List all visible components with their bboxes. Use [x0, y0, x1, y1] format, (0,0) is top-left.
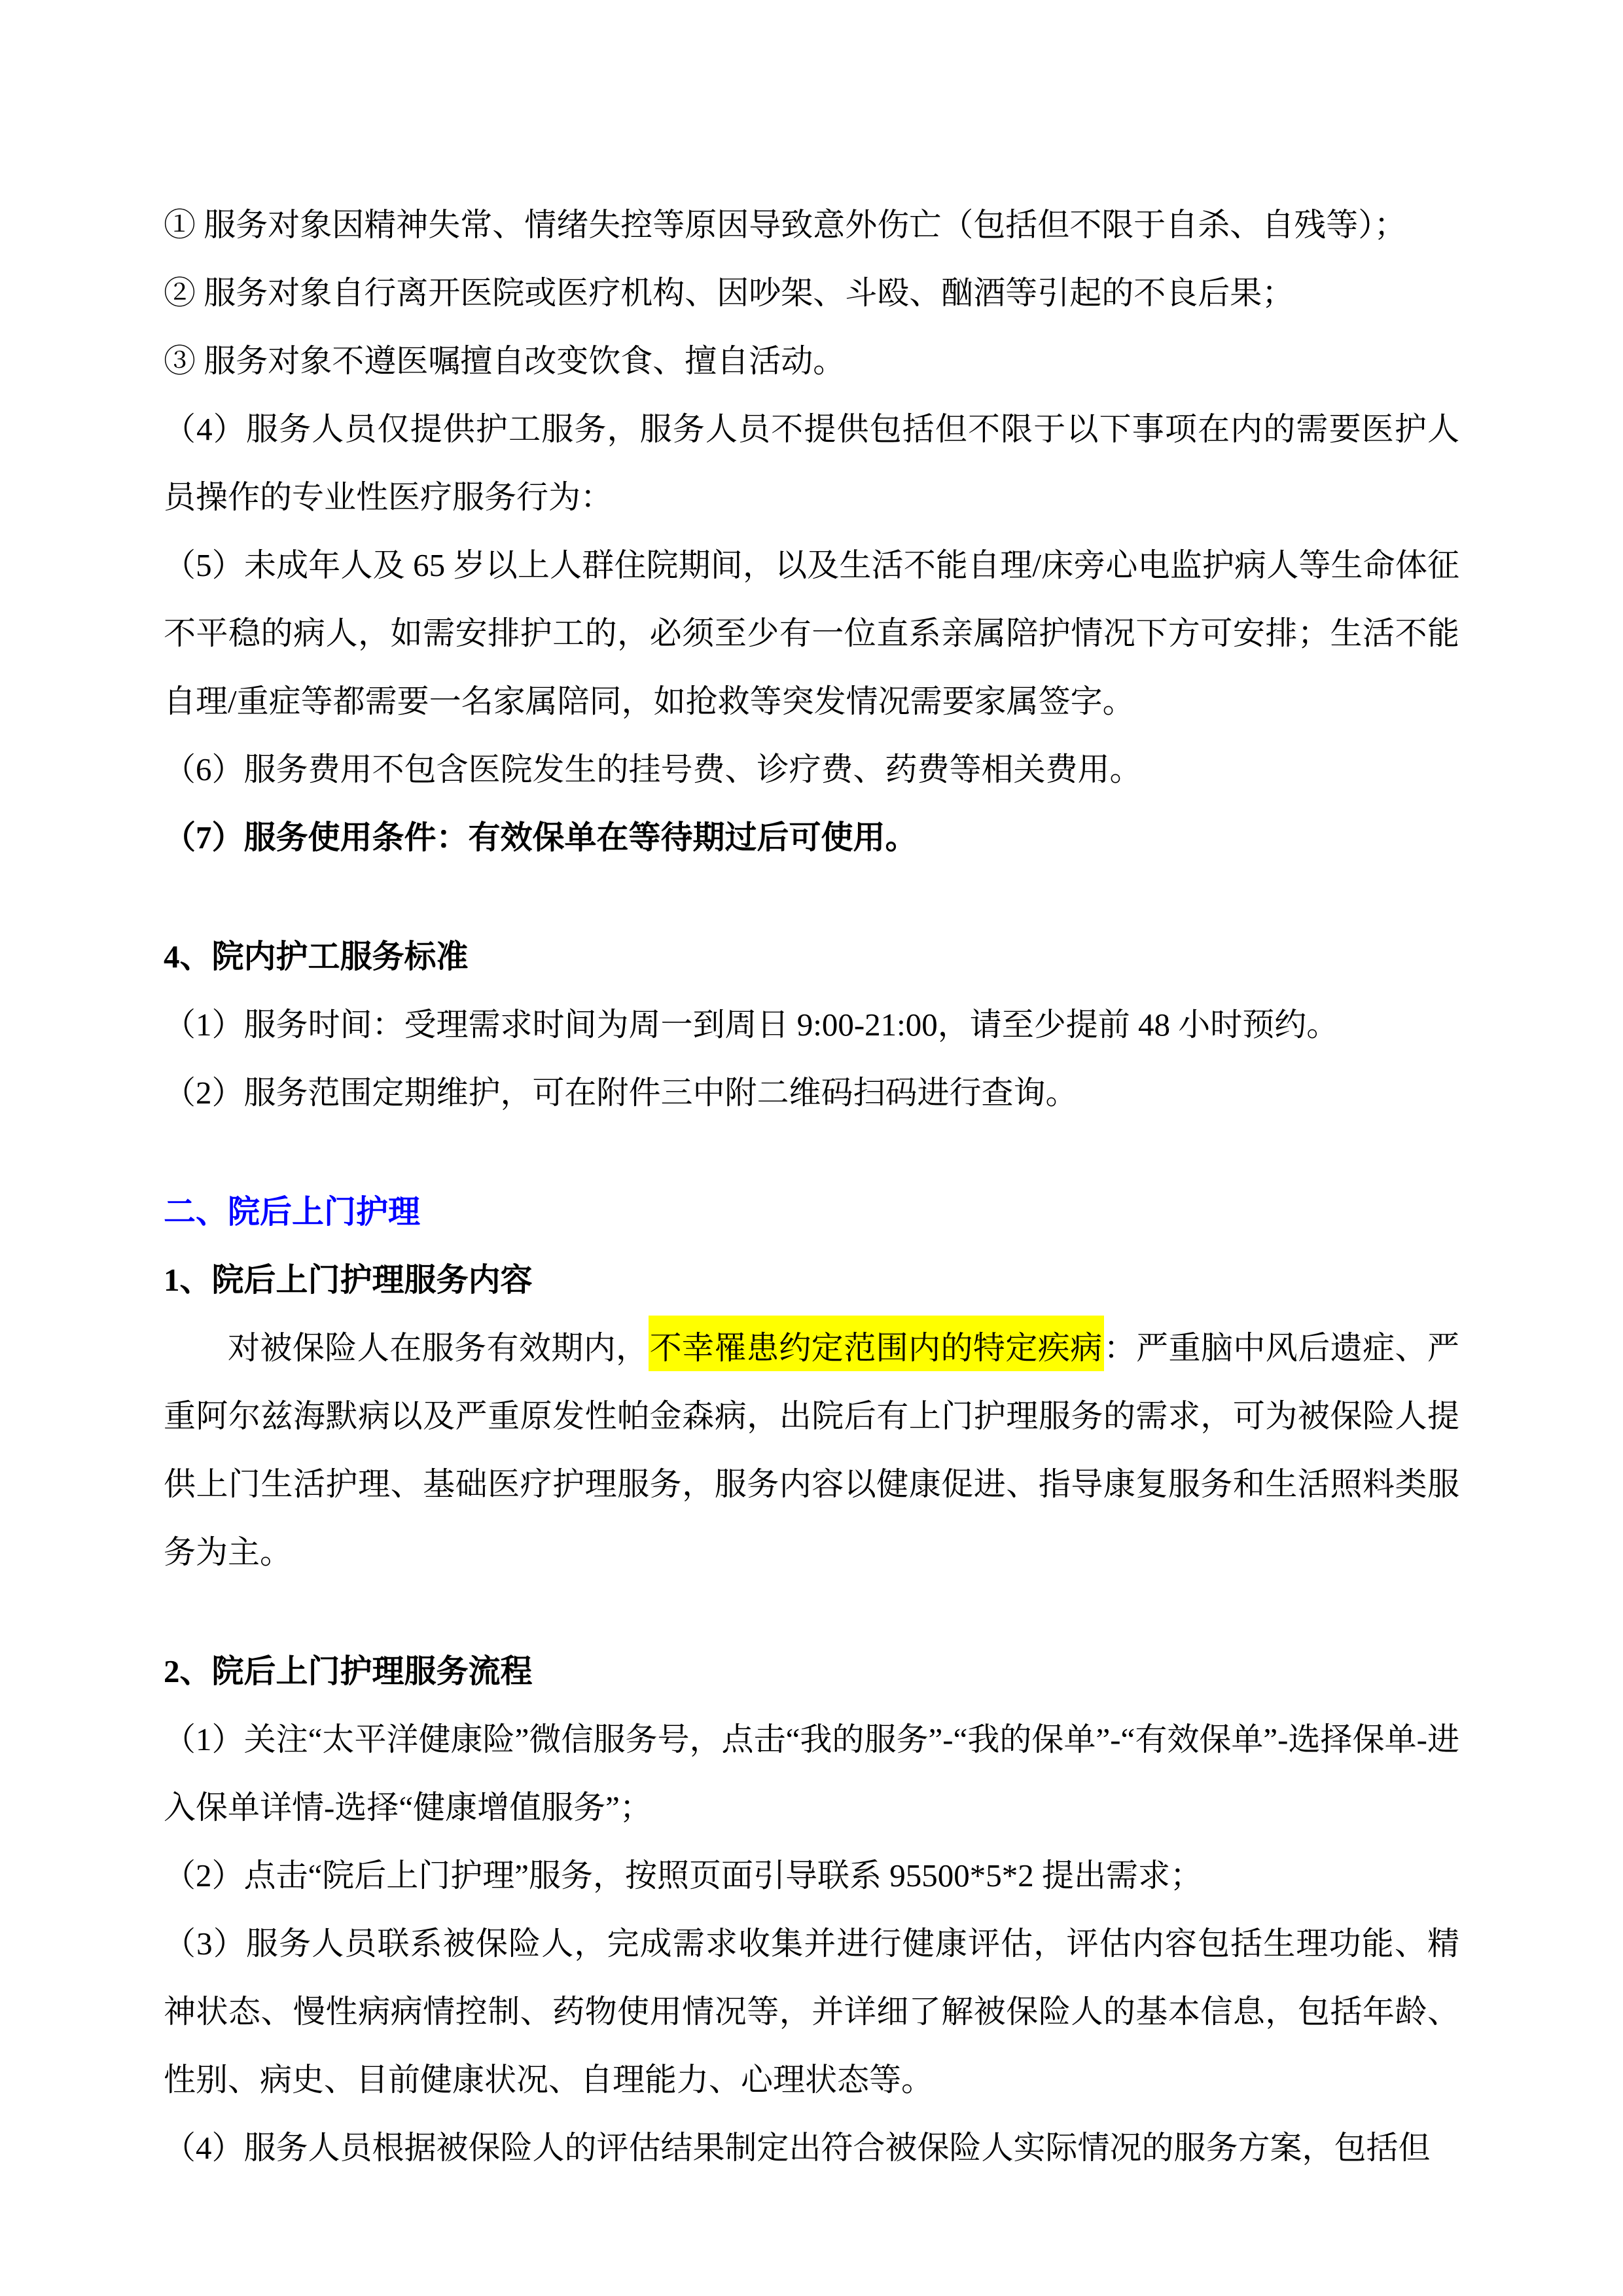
clause-circle-3-doctor-orders: ③ 服务对象不遵医嘱擅自改变饮食、擅自活动。 [164, 327, 1459, 395]
section4-heading-inpatient-care-standard: 4、院内护工服务标准 [164, 923, 1459, 991]
flow-step3-health-assessment: （3）服务人员联系被保险人，完成需求收集并进行健康评估，评估内容包括生理功能、精… [164, 1910, 1459, 2114]
document-page: ① 服务对象因精神失常、情绪失控等原因导致意外伤亡（包括但不限于自杀、自残等）；… [0, 0, 1623, 2296]
section4-item1-service-time: （1）服务时间：受理需求时间为周一到周日 9:00-21:00，请至少提前 48… [164, 991, 1459, 1059]
clause-circle-2-leaving-hospital: ② 服务对象自行离开医院或医疗机构、因吵架、斗殴、酗酒等引起的不良后果； [164, 259, 1459, 327]
clause-7-usage-condition: （7）服务使用条件：有效保单在等待期过后可使用。 [164, 804, 1459, 872]
service-content-lead-text: 对被保险人在服务有效期内， [228, 1330, 649, 1366]
flow-step4-service-plan: （4）服务人员根据被保险人的评估结果制定出符合被保险人实际情况的服务方案，包括但 [164, 2114, 1459, 2182]
clause-6-fees-excluded: （6）服务费用不包含医院发生的挂号费、诊疗费、药费等相关费用。 [164, 736, 1459, 804]
clause-circle-1-accident: ① 服务对象因精神失常、情绪失控等原因导致意外伤亡（包括但不限于自杀、自残等）； [164, 191, 1459, 259]
flow-step1-wechat-account: （1）关注“太平洋健康险”微信服务号，点击“我的服务”-“我的保单”-“有效保单… [164, 1706, 1459, 1842]
section2-1-paragraph-service-content: 对被保险人在服务有效期内，不幸罹患约定范围内的特定疾病：严重脑中风后遗症、严重阿… [164, 1314, 1459, 1587]
highlighted-specified-disease-scope: 不幸罹患约定范围内的特定疾病 [649, 1316, 1104, 1371]
flow-step2-contact-hotline: （2）点击“院后上门护理”服务，按照页面引导联系 95500*5*2 提出需求； [164, 1842, 1459, 1910]
clause-4-professional-medical-services: （4）服务人员仅提供护工服务，服务人员不提供包括但不限于以下事项在内的需要医护人… [164, 395, 1459, 531]
section4-item2-service-scope: （2）服务范围定期维护，可在附件三中附二维码扫码进行查询。 [164, 1059, 1459, 1127]
section2-heading-post-hospital-home-care: 二、院后上门护理 [164, 1178, 1459, 1246]
section2-2-heading-service-process: 2、院后上门护理服务流程 [164, 1638, 1459, 1706]
section2-1-heading-service-content: 1、院后上门护理服务内容 [164, 1246, 1459, 1314]
clause-5-minors-elderly-accompany: （5）未成年人及 65 岁以上人群住院期间，以及生活不能自理/床旁心电监护病人等… [164, 531, 1459, 736]
